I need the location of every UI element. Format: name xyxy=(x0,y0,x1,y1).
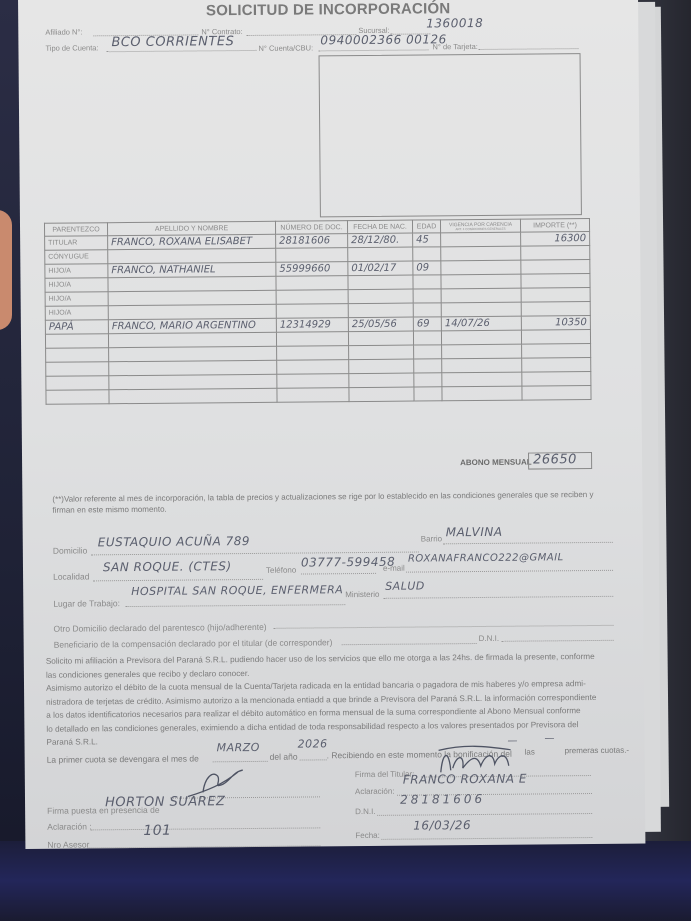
cell-doc[interactable] xyxy=(276,276,348,291)
cell-parentezco[interactable] xyxy=(46,376,109,391)
cuota-prefix: La primer cuota se devengara el mes de xyxy=(47,752,199,765)
abono-label: ABONO MENSUAL xyxy=(460,458,532,468)
cell-parentezco[interactable] xyxy=(46,362,109,377)
tarjeta-label: N° de Tarjeta: xyxy=(432,42,477,51)
cuota-mes-value: MARZO xyxy=(217,741,260,754)
barrio-field[interactable] xyxy=(443,542,613,544)
aclaracion-asesor-field[interactable] xyxy=(90,827,320,830)
tipo-cuenta-value: BCO CORRIENTES xyxy=(111,34,234,50)
col-header-vigencia: VIGENCIA POR CARENCIA ART. 4 CONDICIONES… xyxy=(440,219,520,233)
afiliado-label: Afiliado N°: xyxy=(45,27,82,36)
aclaracion-asesor-label: Aclaración : xyxy=(47,821,92,831)
cell-doc[interactable] xyxy=(277,346,349,361)
cell-doc[interactable] xyxy=(277,388,349,403)
col-header-parentezco: PARENTEZCO xyxy=(44,223,107,237)
legal-line: lo detallado en las condiciones generale… xyxy=(46,719,578,736)
background-bottom xyxy=(0,841,691,921)
cell-edad[interactable] xyxy=(413,331,441,345)
telefono-value: 03777-599458 xyxy=(301,555,395,570)
cell-parentezco[interactable]: HIJO/A xyxy=(45,278,108,293)
email-label: e-mail xyxy=(383,564,405,573)
cell-vigencia[interactable] xyxy=(441,246,521,261)
cell-doc[interactable] xyxy=(276,290,348,305)
cuenta-cbu-field[interactable] xyxy=(318,49,428,51)
cell-vigencia[interactable] xyxy=(442,358,522,373)
cell-nombre[interactable] xyxy=(109,374,277,389)
col-header-edad: EDAD xyxy=(412,220,440,233)
barrio-label: Barrio xyxy=(421,534,442,543)
footnote: (**)Valor referente al mes de incorporac… xyxy=(52,489,617,516)
otro-domicilio-label: Otro Domicilio declarado del parentesco … xyxy=(53,622,266,634)
cell-edad[interactable] xyxy=(414,373,442,387)
cell-parentezco[interactable]: TITULAR xyxy=(45,236,108,251)
tipo-cuenta-label: Tipo de Cuenta: xyxy=(45,43,98,52)
localidad-value: SAN ROQUE. (CTES) xyxy=(103,559,232,574)
cuota-anio-value: 2026 xyxy=(297,737,327,750)
cell-importe[interactable]: 10350 xyxy=(521,316,590,331)
cell-parentezco[interactable]: HIJO/A xyxy=(45,306,108,321)
cell-nombre[interactable] xyxy=(109,346,277,361)
photo-box xyxy=(319,53,582,217)
aclaracion-titular-label: Aclaración: xyxy=(355,787,395,796)
cell-nac[interactable] xyxy=(349,359,414,374)
cell-edad[interactable] xyxy=(413,247,441,261)
email-value: ROXANAFRANCO222@GMAIL xyxy=(408,552,564,564)
otro-domicilio-field[interactable] xyxy=(274,625,614,629)
cell-vigencia[interactable] xyxy=(442,372,522,387)
cuenta-cbu-label: N° Cuenta/CBU: xyxy=(258,43,313,52)
fecha-field[interactable] xyxy=(381,837,592,840)
col-header-nac: FECHA DE NAC. xyxy=(347,220,412,234)
cell-nombre[interactable] xyxy=(108,332,276,347)
cell-edad[interactable] xyxy=(414,387,442,401)
abono-field[interactable]: 26650 xyxy=(528,452,592,470)
col-header-doc: NÚMERO DE DOC. xyxy=(275,221,347,235)
vigencia-sub: ART. 4 CONDICIONES GENERALES xyxy=(444,227,517,231)
localidad-field[interactable] xyxy=(93,579,263,581)
cell-parentezco[interactable]: HIJO/A xyxy=(45,264,108,279)
ministerio-field[interactable] xyxy=(383,596,613,599)
nro-asesor-label: Nro Asesor xyxy=(47,839,89,849)
tipo-cuenta-field[interactable] xyxy=(106,50,256,52)
cell-importe[interactable] xyxy=(521,330,590,345)
legal-line: Solicito mi afiliación a Previsora del P… xyxy=(46,651,595,668)
cell-vigencia[interactable] xyxy=(441,274,521,289)
cell-nac[interactable] xyxy=(349,387,414,402)
aclaracion-titular-value: FRANCO ROXANA E xyxy=(403,772,527,787)
aclaracion-asesor-value: HORTON SUAREZ xyxy=(105,794,226,810)
telefono-field[interactable] xyxy=(301,573,376,575)
telefono-label: Teléfono xyxy=(266,566,296,575)
email-field[interactable] xyxy=(406,570,613,573)
cell-importe[interactable]: 16300 xyxy=(521,232,590,247)
dni-titular-field[interactable] xyxy=(377,813,592,816)
beneficiario-field[interactable] xyxy=(342,643,477,645)
col-header-importe: IMPORTE (**) xyxy=(520,219,589,233)
dni-beneficiario-field[interactable] xyxy=(502,640,614,642)
cell-nombre[interactable] xyxy=(109,388,277,403)
dni-titular-label: D.N.I. xyxy=(355,807,376,816)
domicilio-label: Domicilio xyxy=(53,545,88,555)
cell-importe[interactable] xyxy=(522,344,591,359)
cell-nombre[interactable] xyxy=(108,248,276,263)
cell-edad[interactable]: 45 xyxy=(413,233,441,247)
cell-edad[interactable]: 69 xyxy=(413,317,441,331)
cell-vigencia[interactable] xyxy=(441,288,521,303)
las-value: — xyxy=(544,733,555,744)
cell-nombre[interactable] xyxy=(108,304,276,319)
cell-edad[interactable] xyxy=(413,275,441,289)
cell-edad[interactable] xyxy=(413,289,441,303)
cell-nac[interactable] xyxy=(348,331,413,346)
ministerio-label: Ministerio xyxy=(345,590,379,599)
trabajo-field[interactable] xyxy=(125,604,345,607)
cell-doc[interactable]: 28181606 xyxy=(276,234,348,249)
dni-titular-value: 28181606 xyxy=(400,792,485,807)
cell-nac[interactable] xyxy=(348,303,413,318)
cell-importe[interactable] xyxy=(522,358,591,373)
cell-nac[interactable]: 01/02/17 xyxy=(348,261,413,276)
sucursal-value: 1360018 xyxy=(426,16,483,30)
cuota-anio-label: del año xyxy=(270,751,298,763)
cell-nac[interactable] xyxy=(348,275,413,290)
cell-nombre[interactable]: FRANCO, NATHANIEL xyxy=(108,262,276,277)
cell-edad[interactable]: 09 xyxy=(413,261,441,275)
cell-edad[interactable] xyxy=(414,345,442,359)
cell-nac[interactable] xyxy=(349,345,414,360)
cell-vigencia[interactable] xyxy=(441,232,521,247)
dni-beneficiario-label: D.N.I. xyxy=(479,634,500,643)
cell-vigencia[interactable] xyxy=(442,386,522,401)
cell-doc[interactable] xyxy=(276,304,348,319)
cell-importe[interactable] xyxy=(521,302,590,317)
cell-nombre[interactable]: FRANCO, ROXANA ELISABET xyxy=(108,234,276,249)
cell-nac[interactable] xyxy=(348,247,413,262)
cell-parentezco[interactable]: CÓNYUGUE xyxy=(45,250,108,265)
cell-importe[interactable] xyxy=(521,288,590,303)
legal-line: las condiciones generales que recibo y d… xyxy=(46,668,250,682)
cell-nac[interactable] xyxy=(348,289,413,304)
cuota-anio-field[interactable] xyxy=(300,759,327,760)
cell-nac[interactable] xyxy=(349,373,414,388)
cuenta-cbu-value: 0940002366 00126 xyxy=(320,32,446,47)
cell-nombre[interactable]: FRANCO, MARIO ARGENTINO xyxy=(108,318,276,333)
cell-importe[interactable] xyxy=(521,274,590,289)
cell-importe[interactable] xyxy=(521,260,590,275)
cell-vigencia[interactable]: 14/07/26 xyxy=(441,316,521,331)
trabajo-label: Lugar de Trabajo: xyxy=(53,598,120,609)
cell-nac[interactable]: 25/05/56 xyxy=(348,317,413,332)
barrio-value: MALVINA xyxy=(446,525,503,539)
beneficiario-label: Beneficiario de la compensación declarad… xyxy=(54,637,333,649)
cell-parentezco[interactable] xyxy=(46,390,109,405)
cell-vigencia[interactable] xyxy=(441,302,521,317)
cell-nombre[interactable] xyxy=(108,276,276,291)
cell-nac[interactable]: 28/12/80. xyxy=(348,233,413,248)
cell-nombre[interactable] xyxy=(109,360,277,375)
cell-parentezco[interactable]: PAPÁ xyxy=(45,320,108,335)
cell-vigencia[interactable] xyxy=(442,344,522,359)
cell-parentezco[interactable] xyxy=(46,348,109,363)
cell-parentezco[interactable] xyxy=(45,334,108,349)
cell-vigencia[interactable] xyxy=(441,260,521,275)
cell-doc[interactable] xyxy=(276,332,348,347)
cell-importe[interactable] xyxy=(521,246,590,261)
fecha-label: Fecha: xyxy=(355,831,380,840)
las-label: las xyxy=(525,747,535,759)
form-sheet: SOLICITUD DE INCORPORACIÓN Afiliado N°: … xyxy=(18,0,645,849)
cell-doc[interactable] xyxy=(277,374,349,389)
nro-asesor-value: 101 xyxy=(143,823,171,839)
domicilio-value: EUSTAQUIO ACUÑA 789 xyxy=(98,534,250,549)
localidad-label: Localidad xyxy=(53,571,89,581)
cell-doc[interactable] xyxy=(277,360,349,375)
form-title: SOLICITUD DE INCORPORACIÓN xyxy=(18,0,638,21)
fecha-value: 16/03/26 xyxy=(413,818,471,833)
ministerio-value: SALUD xyxy=(385,579,425,592)
cell-vigencia[interactable] xyxy=(441,330,521,345)
legal-line: Paraná S.R.L. xyxy=(46,736,98,748)
finger xyxy=(0,210,12,330)
abono-value: 26650 xyxy=(533,452,577,467)
cell-importe[interactable] xyxy=(522,386,591,401)
cell-importe[interactable] xyxy=(522,372,591,387)
cell-edad[interactable] xyxy=(414,359,442,373)
cell-parentezco[interactable]: HIJO/A xyxy=(45,292,108,307)
cuota-suffix: premeras cuotas.- xyxy=(565,745,630,758)
cell-doc[interactable] xyxy=(276,248,348,263)
tarjeta-field[interactable] xyxy=(478,48,578,50)
cell-doc[interactable]: 12314929 xyxy=(276,318,348,333)
trabajo-value: HOSPITAL SAN ROQUE, ENFERMERA xyxy=(131,583,343,598)
cell-edad[interactable] xyxy=(413,303,441,317)
members-table: PARENTEZCO APELLIDO Y NOMBRE NÚMERO DE D… xyxy=(44,218,592,405)
cell-doc[interactable]: 55999660 xyxy=(276,262,348,277)
cell-nombre[interactable] xyxy=(108,290,276,305)
